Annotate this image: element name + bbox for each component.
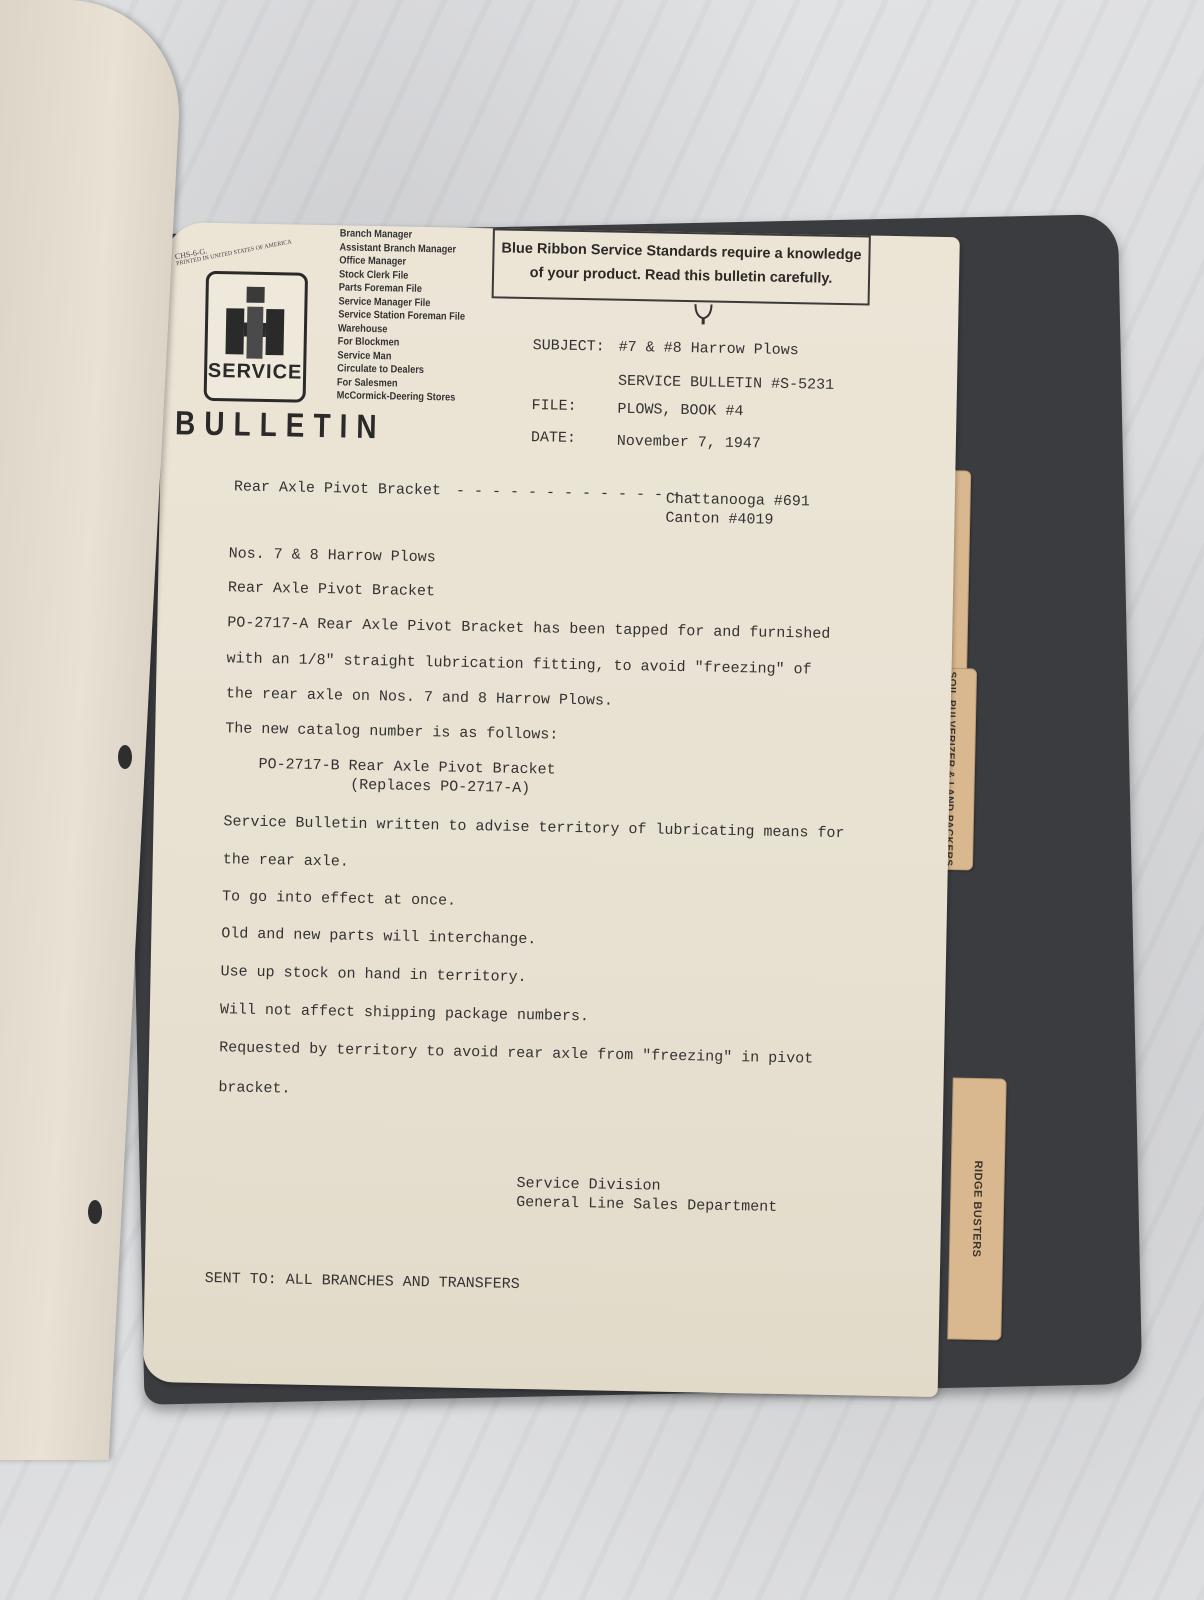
body-line: Rear Axle Pivot Bracket	[228, 579, 435, 600]
body-line: bracket.	[218, 1079, 290, 1097]
body-line: To go into effect at once.	[222, 888, 456, 909]
distribution-item: McCormick-Deering Stores	[337, 389, 464, 405]
service-bulletin-page: CHS-6-G. PRINTED IN UNITED STATES OF AME…	[143, 222, 960, 1397]
bulletin-number: SERVICE BULLETIN #S-5231	[618, 373, 834, 394]
body-line: Will not affect shipping package numbers…	[220, 1001, 589, 1025]
new-part-number: PO-2717-B Rear Axle Pivot Bracket	[258, 756, 555, 779]
body-line: Old and new parts will interchange.	[221, 925, 536, 948]
subject-label: SUBJECT:	[533, 337, 605, 355]
date-value: November 7, 1947	[617, 433, 761, 453]
logo-service-text: SERVICE	[207, 360, 303, 385]
body-line: Service Bulletin written to advise terri…	[223, 813, 844, 842]
sent-to-line: SENT TO: ALL BRANCHES AND TRANSFERS	[205, 1270, 520, 1293]
ribbon-hook-icon	[693, 302, 713, 326]
body-line: The new catalog number is as follows:	[225, 720, 558, 743]
form-code: CHS-6-G. PRINTED IN UNITED STATES OF AME…	[174, 230, 292, 267]
replaces-note: (Replaces PO-2717-A)	[350, 777, 530, 797]
tab-ridge-busters[interactable]: RIDGE BUSTERS	[947, 1077, 1006, 1340]
body-line: Requested by territory to avoid rear axl…	[219, 1039, 813, 1067]
subject-value: #7 & #8 Harrow Plows	[619, 339, 799, 359]
body-line: the rear axle on Nos. 7 and 8 Harrow Plo…	[226, 685, 613, 709]
binder-ring	[88, 1200, 102, 1224]
signature-block: Service Division General Line Sales Depa…	[516, 1174, 778, 1217]
body-line: Nos. 7 & 8 Harrow Plows	[228, 545, 435, 566]
ih-logo-icon	[221, 286, 288, 359]
distribution-list: Branch Manager Assistant Branch Manager …	[337, 227, 484, 405]
body-line: Use up stock on hand in territory.	[220, 963, 526, 986]
file-label: FILE:	[531, 397, 576, 415]
plant-numbers: Chattanooga #691 Canton #4019	[665, 490, 810, 531]
ih-service-logo: SERVICE	[204, 271, 308, 403]
binder-ring	[118, 745, 132, 769]
file-value: PLOWS, BOOK #4	[617, 401, 743, 420]
body-line: PO-2717-A Rear Axle Pivot Bracket has be…	[227, 614, 830, 643]
logo-bulletin-text: BULLETIN	[175, 404, 386, 446]
body-line: with an 1/8" straight lubrication fittin…	[226, 650, 811, 678]
body-line: the rear axle.	[223, 851, 349, 870]
date-label: DATE:	[531, 429, 576, 447]
blue-ribbon-notice: Blue Ribbon Service Standards require a …	[492, 228, 871, 305]
part-line: Rear Axle Pivot Bracket - - - - - - - - …	[234, 478, 699, 504]
